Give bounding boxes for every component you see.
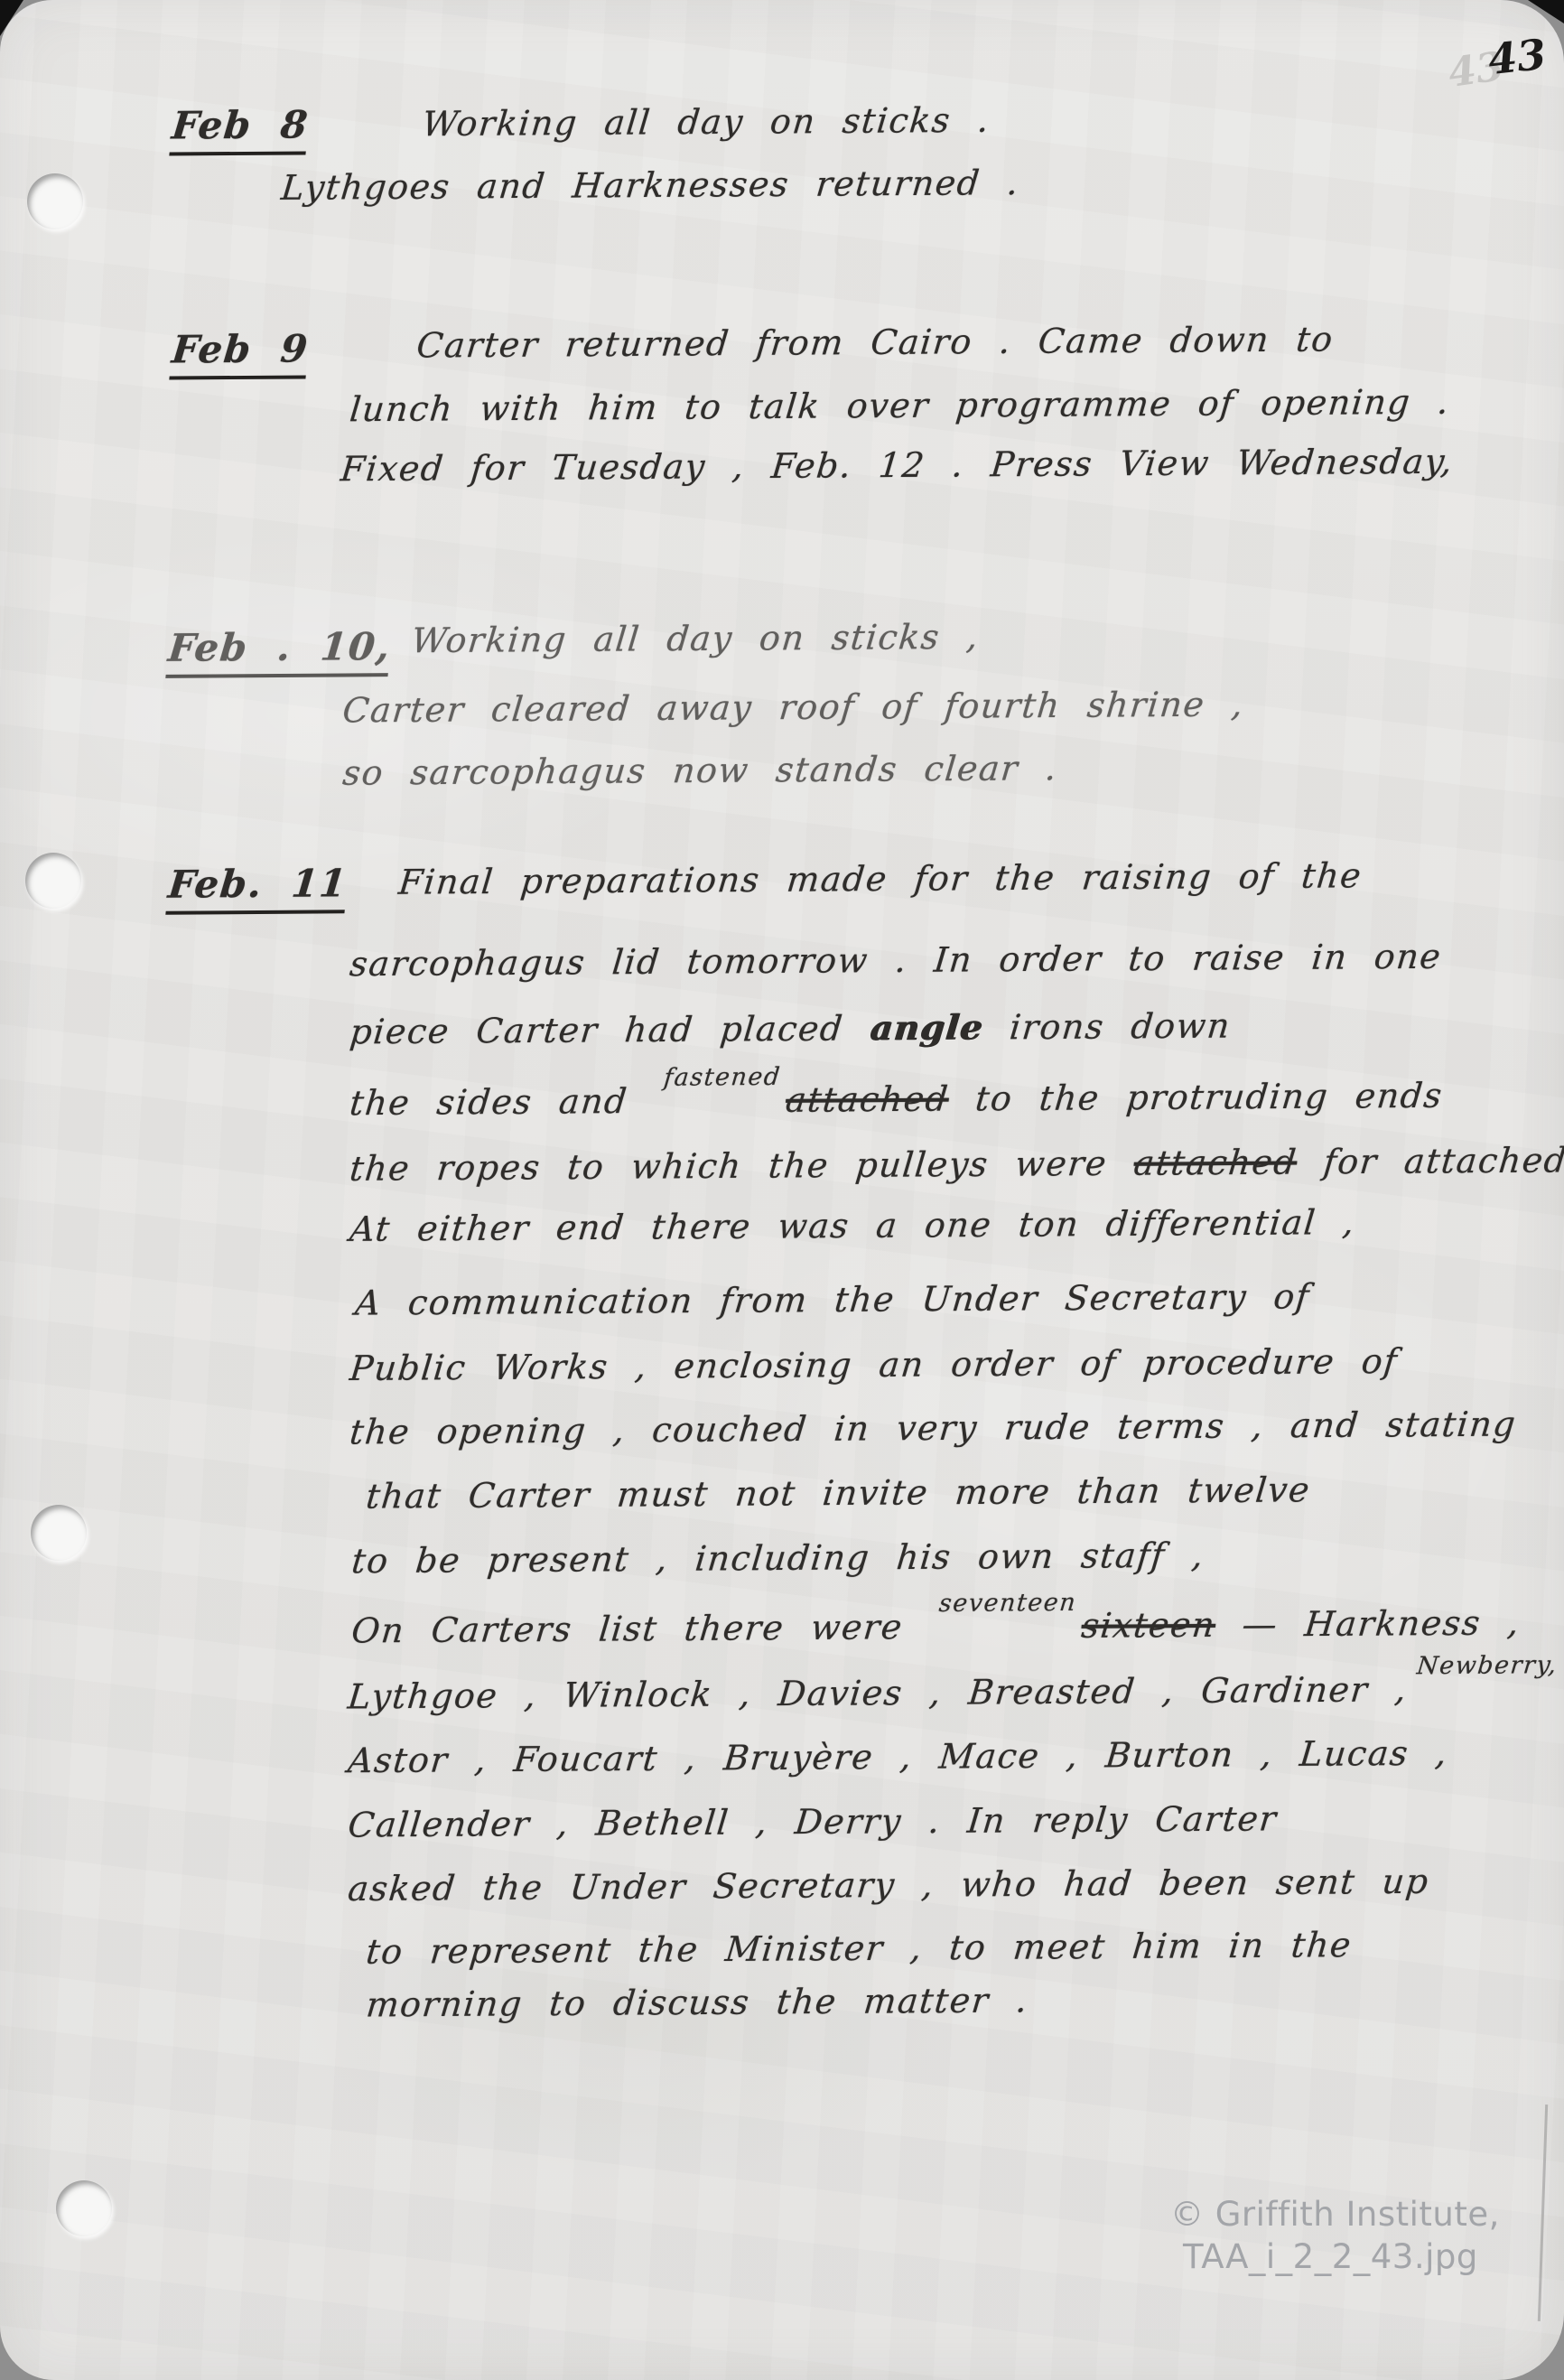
entry-date: Feb. 11 (165, 864, 349, 914)
diary-line: Lythgoe , Winlock , Davies , Breasted , … (347, 1670, 1564, 1714)
diary-line: Fixed for Tuesday , Feb. 12 . Press View… (340, 444, 1456, 487)
diary-line: At either end there was a one ton differ… (349, 1205, 1357, 1246)
handwriting-text: lunch with him to talk over programme of… (348, 382, 1451, 429)
handwriting-text: irons down (981, 1006, 1233, 1048)
handwriting-text: Final preparations made for the raising … (396, 855, 1364, 901)
handwriting-text: Callender , Bethell , Derry . In reply C… (346, 1798, 1279, 1844)
handwriting-text: Working all day on sticks . (421, 100, 992, 144)
handwriting-text: angle (868, 1007, 984, 1049)
entry-date: Feb . 10, (165, 628, 393, 678)
struck-word: attached (1132, 1143, 1299, 1183)
diary-line: morning to discuss the matter . (365, 1983, 1030, 2021)
scanned-diary-page: 43 43 Feb 8Working all day on sticks .Ly… (0, 0, 1564, 2380)
handwriting-text: Fixed for Tuesday , Feb. 12 . Press View… (339, 442, 1455, 490)
handwriting-text: A communication from the Under Secretary… (353, 1276, 1311, 1322)
diary-line: Callender , Bethell , Derry . In reply C… (347, 1801, 1279, 1842)
diary-line: piece Carter had placed angle irons down (349, 1009, 1233, 1050)
handwriting-text: piece Carter had placed (348, 1008, 871, 1051)
handwriting-text: sarcophagus lid tomorrow . In order to r… (348, 937, 1443, 984)
handwriting-text: On Carters list there were (349, 1607, 931, 1650)
diary-line: Carter cleared away roof of fourth shrin… (341, 687, 1246, 728)
scan-corner-shadow (0, 0, 23, 36)
diary-line: Public Works , enclosing an order of pro… (349, 1344, 1400, 1386)
diary-line: On Carters list there were seventeensixt… (350, 1605, 1522, 1647)
diary-line: to represent the Minister , to meet him … (365, 1927, 1354, 1969)
handwriting-text: morning to discuss the matter . (365, 1980, 1030, 2024)
diary-line: the ropes to which the pulleys were atta… (349, 1143, 1564, 1186)
handwriting-text: Astor , Foucart , Bruyère , Mace , Burto… (346, 1733, 1449, 1780)
diary-line: Carter returned from Cairo . Came down t… (415, 322, 1336, 362)
handwriting-text: Lythgoes and Harknesses returned . (280, 163, 1022, 208)
handwriting-text: At either end there was a one ton differ… (348, 1202, 1356, 1249)
handwriting-text: so sarcophagus now stands clear . (341, 748, 1060, 793)
diary-line: A communication from the Under Secretary… (354, 1279, 1312, 1320)
diary-line: Final preparations made for the raising … (397, 858, 1364, 899)
inserted-word: fastened (663, 1065, 782, 1090)
handwriting-text: Public Works , enclosing an order of pro… (348, 1341, 1400, 1388)
diary-line: sarcophagus lid tomorrow . In order to r… (349, 939, 1444, 981)
paper-sheet: 43 43 Feb 8Working all day on sticks .Ly… (0, 0, 1564, 2380)
scan-corner-shadow (1528, 0, 1564, 23)
inserted-word: Newberry, (1416, 1653, 1559, 1678)
page-number: 43 (1485, 30, 1548, 84)
diary-line: the sides and fastenedattached to the pr… (349, 1078, 1445, 1120)
inserted-word: seventeen (938, 1591, 1078, 1616)
diary-line: the opening , couched in very rude terms… (349, 1406, 1518, 1449)
entry-date: Feb 9 (169, 330, 310, 379)
diary-line: that Carter must not invite more than tw… (365, 1472, 1312, 1513)
watermark-line-2: TAA_i_2_2_43.jpg (1170, 2235, 1500, 2278)
handwriting-text: Working all day on sticks , (410, 617, 982, 660)
handwriting-text: to be present , including his own staff … (350, 1535, 1206, 1582)
diary-line: asked the Under Secretary , who had been… (347, 1864, 1431, 1906)
handwriting-text: that Carter must not invite more than tw… (364, 1470, 1312, 1516)
punch-hole (31, 1505, 87, 1561)
struck-word: attached (784, 1079, 951, 1120)
handwriting-text: Lythgoe , Winlock , Davies , Breasted , … (346, 1669, 1409, 1716)
watermark-line-1: © Griffith Institute, (1170, 2193, 1500, 2235)
handwriting-text: for attached , (1295, 1140, 1564, 1181)
handwriting-text: the sides and (348, 1081, 656, 1123)
diary-line: so sarcophagus now stands clear . (341, 751, 1059, 790)
punch-hole (27, 173, 83, 229)
handwriting-text: to represent the Minister , to meet him … (364, 1925, 1354, 1972)
diary-line: Working all day on sticks , (410, 620, 981, 658)
punch-hole (56, 2180, 112, 2236)
handwriting-text: the ropes to which the pulleys were (348, 1143, 1136, 1189)
punch-hole (25, 853, 81, 909)
handwriting-text: asked the Under Secretary , who had been… (346, 1862, 1430, 1909)
copyright-watermark: © Griffith Institute, TAA_i_2_2_43.jpg (1170, 2193, 1500, 2279)
handwriting-text: Carter cleared away roof of fourth shrin… (340, 685, 1245, 731)
struck-word: sixteen (1080, 1605, 1218, 1646)
diary-line: Astor , Foucart , Bruyère , Mace , Burto… (347, 1736, 1450, 1778)
handwriting-text: — Harkness , (1214, 1602, 1522, 1644)
diary-line: Lythgoes and Harknesses returned . (280, 165, 1021, 205)
handwriting-text: the opening , couched in very rude terms… (348, 1404, 1518, 1451)
handwriting-text: to the protruding ends (947, 1076, 1445, 1119)
diary-line: lunch with him to talk over programme of… (349, 385, 1452, 426)
diary-line: Working all day on sticks . (421, 103, 991, 141)
page-edge-shadow (1538, 2105, 1548, 2321)
entry-date: Feb 8 (169, 106, 310, 155)
diary-line: to be present , including his own staff … (350, 1538, 1206, 1579)
handwriting-text: Carter returned from Cairo . Came down t… (414, 319, 1336, 365)
